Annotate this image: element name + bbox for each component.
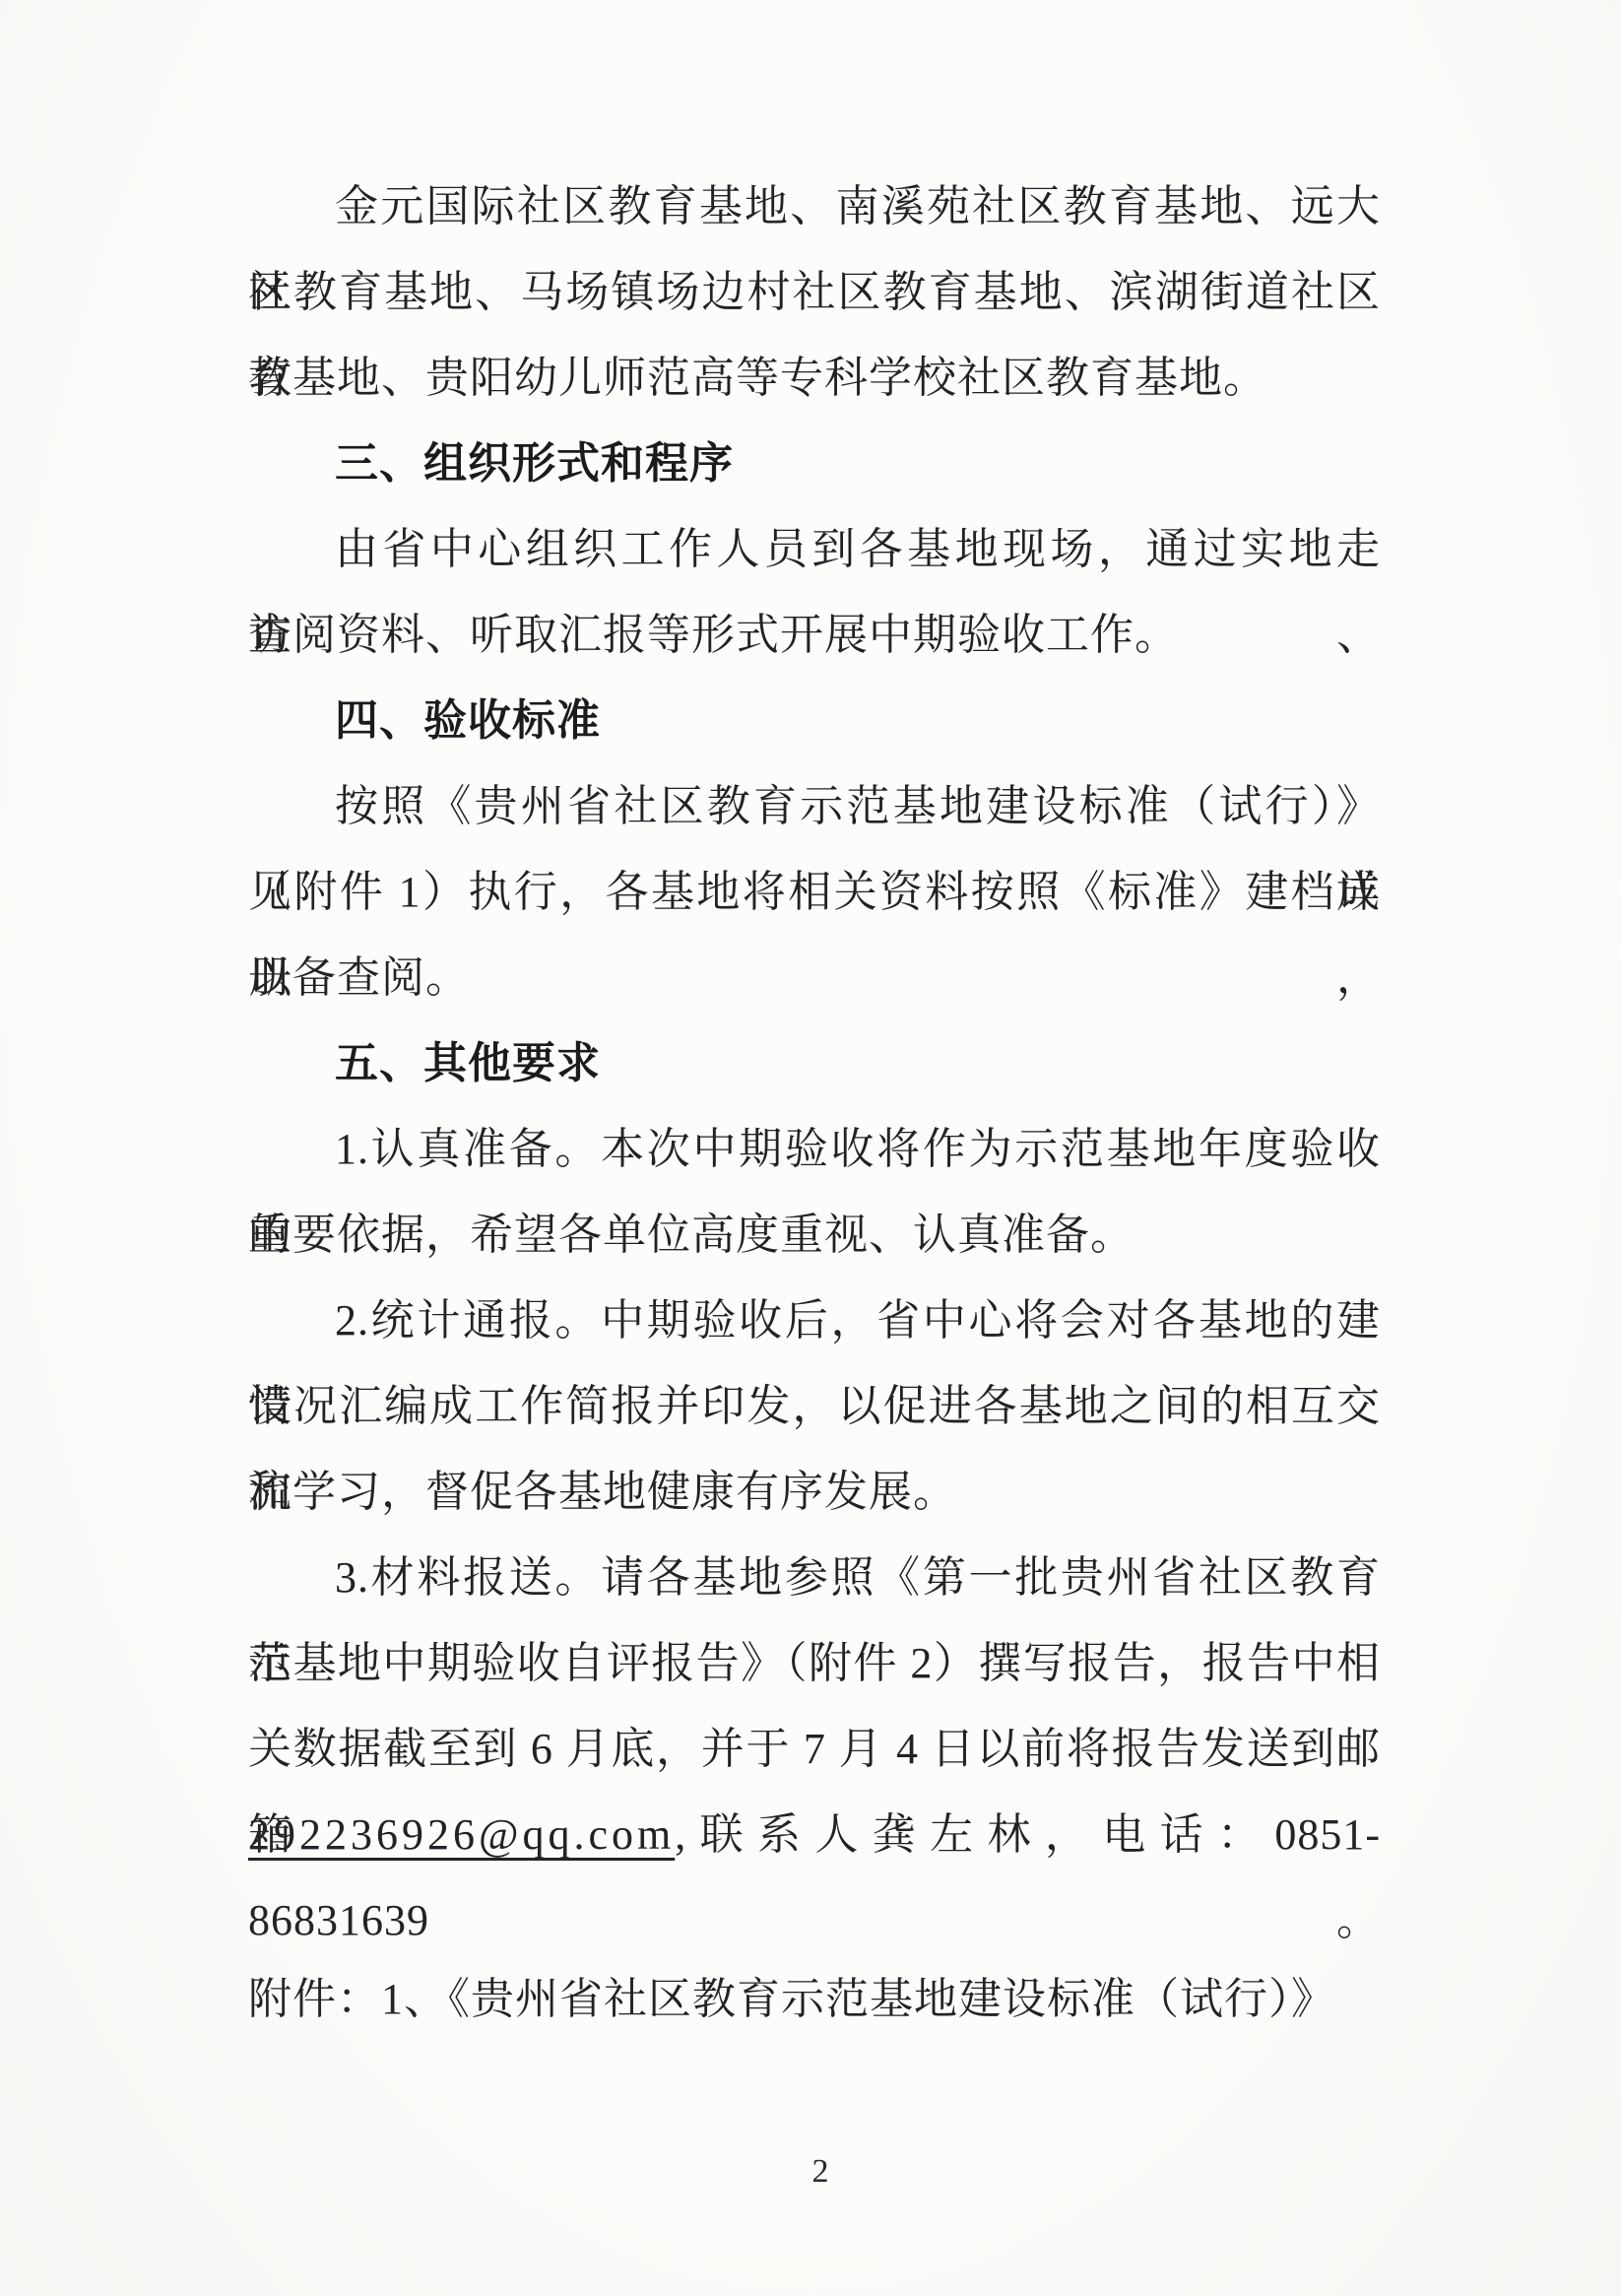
text-segment: 重要依据，希望各单位高度重视、认真准备。 xyxy=(248,1211,1135,1259)
base-list-line-3: 育基地、贵阳幼儿师范高等专科学校社区教育基地。 xyxy=(248,335,1381,421)
section-heading-3: 三、组织形式和程序 xyxy=(248,421,1381,506)
contact-email: 292236926@qq.com xyxy=(248,1810,675,1859)
contact-line: 292236926@qq.com,联系人龚左林，电话：0851-86831639… xyxy=(248,1792,1381,1877)
section-4-line-1: 按照《贵州省社区教育示范基地建设标准（试行）》（详 xyxy=(248,763,1381,849)
item-2-line-1: 2.统计通报。中期验收后，省中心将会对各基地的建设 xyxy=(248,1278,1381,1363)
text-segment: 四、验收标准 xyxy=(335,696,601,745)
text-segment: 和学习，督促各基地健康有序发展。 xyxy=(248,1468,957,1516)
document-body: 金元国际社区教育基地、南溪苑社区教育基地、远大社区教育基地、马场镇场边村社区教育… xyxy=(248,164,1381,2042)
section-4-line-2: 见附件 1）执行，各基地将相关资料按照《标准》建档成册， xyxy=(248,849,1381,935)
section-heading-4: 四、验收标准 xyxy=(248,678,1381,763)
text-segment: 三、组织形式和程序 xyxy=(335,439,734,488)
base-list-line-2: 区教育基地、马场镇场边村社区教育基地、滨湖街道社区教 xyxy=(248,249,1381,335)
text-segment: 范基地中期验收自评报告》（附件 2）撰写报告，报告中相 xyxy=(248,1639,1381,1687)
item-2-line-2: 情况汇编成工作简报并印发，以促进各基地之间的相互交流 xyxy=(248,1363,1381,1449)
item-3-line-3: 关数据截至到 6 月底，并于 7 月 4 日以前将报告发送到邮箱 xyxy=(248,1706,1381,1792)
document-page: 金元国际社区教育基地、南溪苑社区教育基地、远大社区教育基地、马场镇场边村社区教育… xyxy=(0,0,1621,2296)
text-segment: 以备查阅。 xyxy=(248,953,470,1002)
attachment-line: 附件：1、《贵州省社区教育示范基地建设标准（试行）》 xyxy=(248,1956,1381,2042)
base-list-line-1: 金元国际社区教育基地、南溪苑社区教育基地、远大社 xyxy=(248,164,1381,249)
section-heading-5: 五、其他要求 xyxy=(248,1020,1381,1106)
item-1-line-1: 1.认真准备。本次中期验收将作为示范基地年度验收的 xyxy=(248,1106,1381,1192)
text-segment: 查阅资料、听取汇报等形式开展中期验收工作。 xyxy=(248,611,1179,659)
item-1-line-2: 重要依据，希望各单位高度重视、认真准备。 xyxy=(248,1192,1381,1278)
page-number: 2 xyxy=(10,2153,1621,2191)
item-3-line-2: 范基地中期验收自评报告》（附件 2）撰写报告，报告中相 xyxy=(248,1620,1381,1706)
text-segment: 五、其他要求 xyxy=(335,1039,601,1087)
section-3-line-1: 由省中心组织工作人员到各基地现场，通过实地走访、 xyxy=(248,506,1381,592)
item-2-line-3: 和学习，督促各基地健康有序发展。 xyxy=(248,1449,1381,1535)
text-segment: 附件：1、《贵州省社区教育示范基地建设标准（试行）》 xyxy=(248,1975,1335,2023)
item-3-line-1: 3.材料报送。请各基地参照《第一批贵州省社区教育示 xyxy=(248,1535,1381,1620)
text-segment: 育基地、贵阳幼儿师范高等专科学校社区教育基地。 xyxy=(248,354,1267,402)
